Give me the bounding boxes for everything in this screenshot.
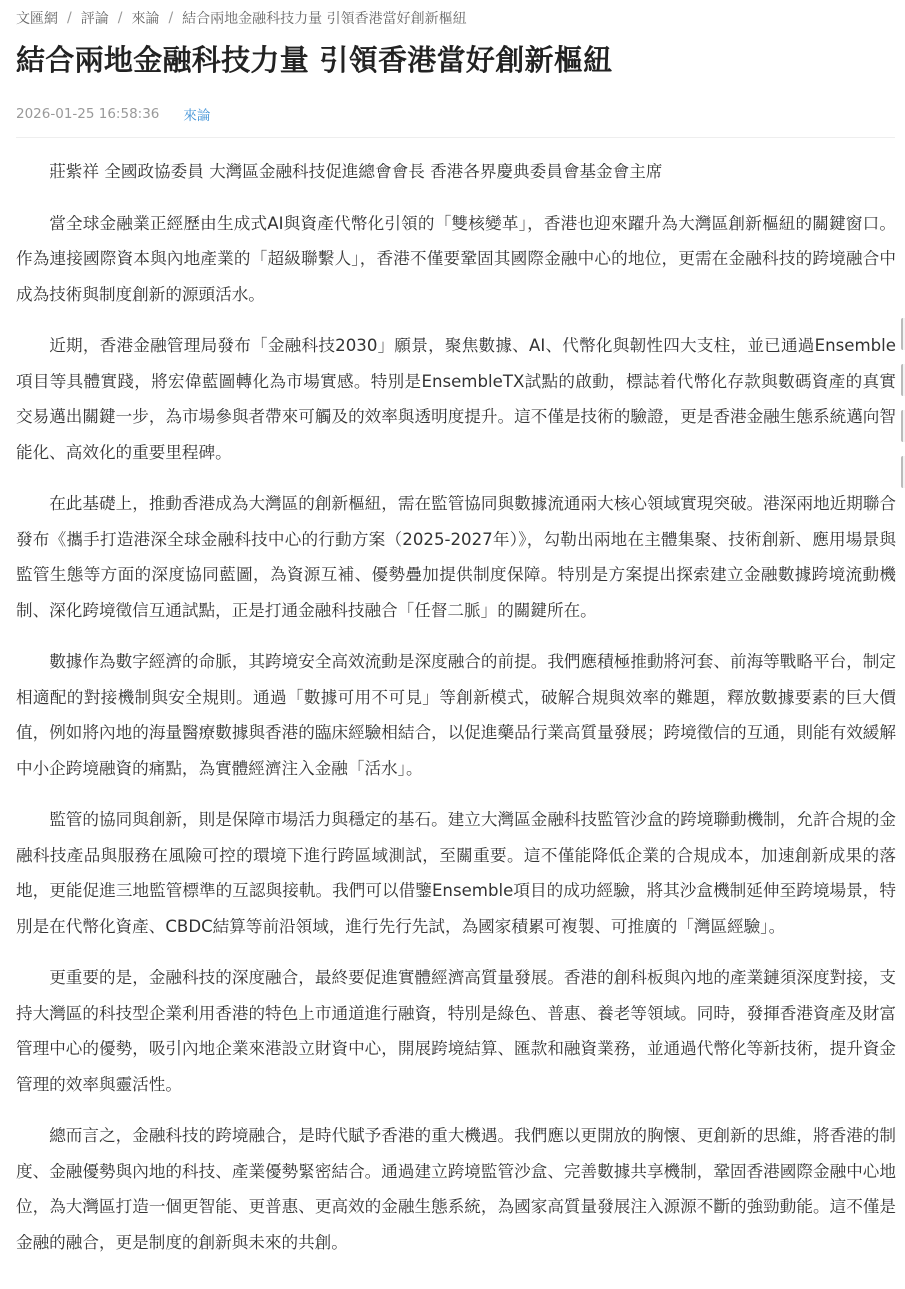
article-paragraph: 監管的協同與創新，則是保障市場活力與穩定的基石。建立大灣區金融科技監管沙盒的跨境… (16, 802, 896, 944)
article-paragraph: 近期，香港金融管理局發布「金融科技2030」願景，聚焦數據、AI、代幣化與韌性四… (16, 328, 896, 470)
article-meta: 2026-01-25 16:58:36 來論 (16, 103, 210, 125)
share-button[interactable] (901, 318, 905, 350)
source-link[interactable]: 來論 (183, 104, 210, 124)
author-line: 莊紫祥 全國政協委員 大灣區金融科技促進總會會長 香港各界慶典委員會基金會主席 (16, 154, 896, 190)
share-button[interactable] (901, 456, 905, 488)
divider (16, 137, 895, 138)
article-paragraph: 更重要的是，金融科技的深度融合，最終要促進實體經濟高質量發展。香港的創科板與內地… (16, 960, 896, 1102)
breadcrumb: 文匯網 / 評論 / 來論 / 結合兩地金融科技力量 引領香港當好創新樞紐 (16, 7, 467, 29)
article-body: 莊紫祥 全國政協委員 大灣區金融科技促進總會會長 香港各界慶典委員會基金會主席 … (16, 154, 896, 1276)
share-button[interactable] (901, 364, 905, 396)
article-paragraph: 當全球金融業正經歷由生成式AI與資產代幣化引領的「雙核變革」，香港也迎來躍升為大… (16, 206, 896, 313)
breadcrumb-commentary[interactable]: 評論 (81, 8, 109, 28)
breadcrumb-home[interactable]: 文匯網 (16, 8, 58, 28)
share-button[interactable] (901, 410, 905, 442)
article-paragraph: 總而言之，金融科技的跨境融合，是時代賦予香港的重大機遇。我們應以更開放的胸懷、更… (16, 1118, 896, 1260)
breadcrumb-separator: / (168, 10, 173, 26)
share-rail (901, 318, 905, 502)
page-title: 結合兩地金融科技力量 引領香港當好創新樞紐 (16, 38, 612, 82)
breadcrumb-contributions[interactable]: 來論 (131, 8, 159, 28)
article-paragraph: 在此基礎上，推動香港成為大灣區的創新樞紐，需在監管協同與數據流通兩大核心領域實現… (16, 486, 896, 628)
publish-date: 2026-01-25 16:58:36 (16, 106, 159, 122)
breadcrumb-separator: / (118, 10, 123, 26)
breadcrumb-separator: / (67, 10, 72, 26)
breadcrumb-current: 結合兩地金融科技力量 引領香港當好創新樞紐 (182, 8, 466, 28)
article-paragraph: 數據作為數字經濟的命脈，其跨境安全高效流動是深度融合的前提。我們應積極推動將河套… (16, 644, 896, 786)
